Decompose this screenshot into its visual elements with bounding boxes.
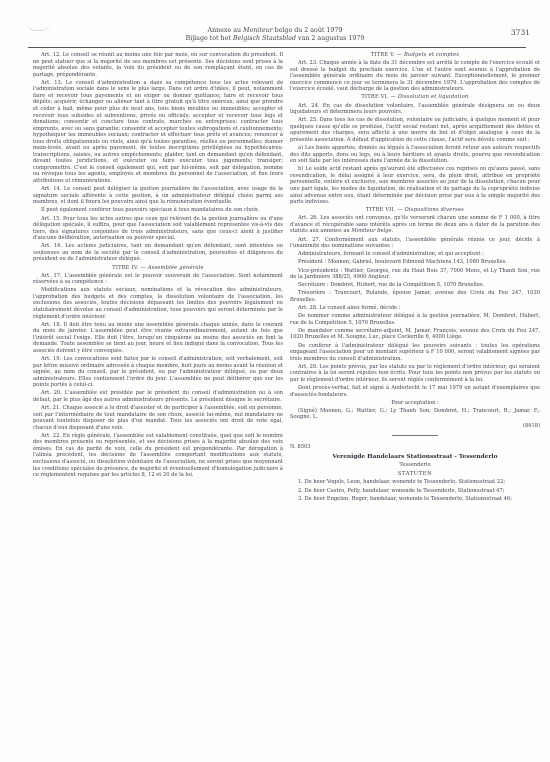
articles-27-29: Art. 27. Conformément aux statuts, l'ass… [290, 237, 540, 399]
article-23: Art. 23. Chaque année à la date du 31 dé… [290, 60, 540, 93]
titre-vi-heading: TITRE VI. — Dissolution et liquidation [290, 94, 540, 101]
page-header: Annexe au Moniteur belge du 2 août 1979 … [0, 27, 550, 43]
header-rule [28, 47, 526, 48]
right-column: TITRE V. — Budgets et comptes Art. 23. C… [290, 52, 540, 504]
notice-separator [392, 435, 438, 436]
paragraph: a) Les biens apportés, donnés ou légués … [290, 145, 540, 165]
members-list: 1. De heer Vogels, Leon, handelaar, wone… [290, 479, 540, 502]
header-line-dutch: Bijlage tot het Belgisch Staatsblad van … [0, 35, 550, 43]
statuten-heading: STATUTEN [290, 471, 540, 478]
paragraph: Art. 28. Le conseil ainsi formé, décide … [290, 305, 540, 312]
paragraph: Art. 15. Pour tous les actes autres que … [33, 216, 283, 242]
company-name: Verenigde Handelaars Stationsstraat - Te… [290, 454, 540, 461]
paragraph: Art. 20. L'assemblée est présidée par le… [33, 390, 283, 403]
paragraph: Secrétaire : Dombret, Hubert, rue de la … [290, 282, 540, 289]
paragraph: Art. 25. Dans tous les cas de dissolutio… [290, 117, 540, 143]
member-item: 3. De heer Engelen, Roger, handelaar, wo… [290, 496, 540, 503]
paragraph: Vice-présidents : Wattier, Georges, rue … [290, 268, 540, 281]
paragraph: Administrateurs, formant le conseil d'ad… [290, 251, 540, 258]
page-number: 3731 [511, 28, 530, 37]
paragraph: Trésorière : Trancourt, Rolande, épouse … [290, 290, 540, 303]
header-line-french: Annexe au Moniteur belge du 2 août 1979 [0, 27, 550, 35]
notice-number: N. 8503 [290, 444, 540, 451]
paragraph: Président : Moonen, Gabriel, boulevard E… [290, 259, 540, 266]
paragraph: Il peut également conférer tous pouvoirs… [33, 207, 283, 214]
paragraph: Art. 16. Les actions judiciaires, tant e… [33, 243, 283, 263]
articles-17-22: Art. 17. L'assemblée générale est le pou… [33, 273, 283, 479]
paragraph: Art. 29. Les points prévus, par les stat… [290, 364, 540, 384]
signatures: (Signé) Moonen, G.; Wattier, G.; Ly Than… [290, 408, 540, 421]
paragraph: Art. 24. En cas de dissolution volontair… [290, 103, 540, 116]
paragraph: Art. 19. Les convocations sont faites pa… [33, 356, 283, 389]
member-item: 2. De heer Castro, Polly, handelaar, won… [290, 488, 540, 495]
titre-v-heading: TITRE V. — Budgets et comptes [290, 52, 540, 59]
articles-12-16: Art. 12. Le conseil se réunit au moins u… [33, 52, 283, 263]
acceptance-line: Pour acceptation : [290, 400, 540, 407]
paragraph: Art. 12. Le conseil se réunit au moins u… [33, 52, 283, 78]
company-place: Tessenderlo [290, 462, 540, 469]
titre-vii-heading: TITRE VII. — Dispositions diverses [290, 207, 540, 214]
paragraph: De nommer comme administrateur délégué à… [290, 313, 540, 326]
paragraph: Art. 27. Conformément aux statuts, l'ass… [290, 237, 540, 250]
articles-24-25: Art. 24. En cas de dissolution volontair… [290, 103, 540, 206]
gazette-page: Annexe au Moniteur belge du 2 août 1979 … [0, 0, 550, 762]
paragraph: Art. 18. Il doit être tenu au moins une … [33, 322, 283, 355]
titre-iv-heading: TITRE IV. — Assemblée générale [33, 265, 283, 272]
paragraph: De mandater comme secrétaire-adjoint, M.… [290, 328, 540, 341]
paragraph: De conférer à l'administrateur délégué l… [290, 343, 540, 363]
paragraph: Dont procès-verbal, fait et signé à Ande… [290, 385, 540, 398]
paragraph: b) Le solde actif restant après qu'auron… [290, 166, 540, 205]
paragraph: Art. 21. Chaque associé a le droit d'ass… [33, 405, 283, 431]
member-item: 1. De heer Vogels, Leon, handelaar, wone… [290, 479, 540, 486]
paragraph: Art. 22. En règle générale, l'assemblée … [33, 433, 283, 479]
reference-number: (8418) [290, 423, 540, 430]
article-26: Art. 26. Les associés ont convenus, qu'i… [290, 215, 540, 235]
paragraph: Modifications aux statuts sociaux, nomin… [33, 287, 283, 320]
paragraph: Art. 17. L'assemblée générale est le pou… [33, 273, 283, 286]
left-column: Art. 12. Le conseil se réunit au moins u… [33, 52, 283, 480]
paragraph: Art. 14. Le conseil peut déléguer la ges… [33, 186, 283, 206]
paragraph: Art. 13. Le conseil d'administration a d… [33, 80, 283, 185]
